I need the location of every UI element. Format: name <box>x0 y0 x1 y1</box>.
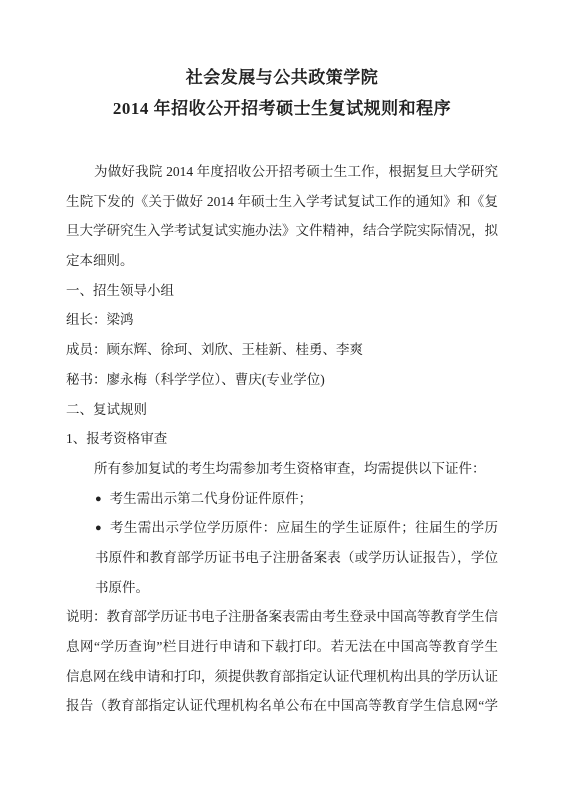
bullet-item-1: ●考生需出示第二代身份证件原件； <box>66 484 498 514</box>
section-1-heading: 一、招生领导小组 <box>66 276 498 306</box>
bullet-item-1-text: 考生需出示第二代身份证件原件； <box>110 491 313 506</box>
doc-title-line-2: 2014 年招收公开招考硕士生复试规则和程序 <box>66 93 498 124</box>
group-leader-line: 组长：梁鸿 <box>66 305 498 335</box>
group-members-line: 成员：顾东辉、徐珂、刘欣、王桂新、桂勇、李爽 <box>66 335 498 365</box>
bullet-icon: ● <box>95 514 102 543</box>
document-page: 社会发展与公共政策学院 2014 年招收公开招考硕士生复试规则和程序 为做好我院… <box>0 0 565 800</box>
bullet-item-2-line-3: 书原件。 <box>66 573 498 603</box>
bullet-item-2-line-1: ●考生需出示学位学历原件：应届生的学生证原件；往届生的学历证 <box>66 513 498 543</box>
group-secretary-line: 秘书：廖永梅（科学学位）、曹庆(专业学位) <box>66 365 498 395</box>
note-paragraph-line-2: 息网“学历查询”栏目进行申请和下载打印。若无法在中国高等教育学生 <box>66 632 498 662</box>
bullet-item-2-line-2: 书原件和教育部学历证书电子注册备案表（或学历认证报告），学位证 <box>66 543 498 573</box>
intro-paragraph-line-4: 定本细则。 <box>66 246 498 276</box>
bullet-icon: ● <box>95 485 102 514</box>
intro-paragraph-line-1: 为做好我院 2014 年度招收公开招考硕士生工作，根据复旦大学研究 <box>66 157 498 187</box>
document-body: 为做好我院 2014 年度招收公开招考硕士生工作，根据复旦大学研究 生院下发的《… <box>66 157 498 721</box>
intro-paragraph-line-2: 生院下发的《关于做好 2014 年硕士生入学考试复试工作的通知》和《复 <box>66 187 498 217</box>
section-2-heading: 二、复试规则 <box>66 395 498 425</box>
item-1-intro-line: 所有参加复试的考生均需参加考生资格审查，均需提供以下证件： <box>66 454 498 484</box>
note-paragraph-line-4: 报告（教育部指定认证代理机构名单公布在中国高等教育学生信息网“学 <box>66 691 498 721</box>
bullet-item-2-text: 考生需出示学位学历原件：应届生的学生证原件；往届生的学历证 <box>95 520 498 543</box>
intro-paragraph-line-3: 旦大学研究生入学考试复试实施办法》文件精神，结合学院实际情况，拟 <box>66 216 498 246</box>
item-1-heading: 1、报考资格审查 <box>66 424 498 454</box>
note-paragraph-line-1: 说明：教育部学历证书电子注册备案表需由考生登录中国高等教育学生信 <box>66 602 498 632</box>
note-paragraph-line-3: 信息网在线申请和打印，须提供教育部指定认证代理机构出具的学历认证 <box>66 662 498 692</box>
doc-title-line-1: 社会发展与公共政策学院 <box>66 62 498 93</box>
